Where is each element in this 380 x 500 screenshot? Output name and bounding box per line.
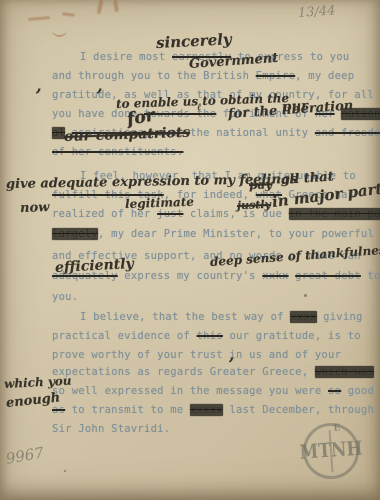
- handwritten-annotation: legitimate: [125, 195, 194, 211]
- stamp-monogram: ΜΤΝΗ: [299, 439, 363, 463]
- handwritten-annotation: pay: [249, 177, 273, 192]
- handwritten-annotation: deep sense of thankfulness: [210, 242, 380, 269]
- handwritten-annotation: efficiently: [55, 256, 134, 276]
- handwritten-annotation: Government: [188, 51, 278, 72]
- pencil-notation: 13/44: [297, 3, 335, 21]
- handwritten-annotation: ,: [36, 76, 42, 95]
- pencil-notation: 9967: [4, 444, 45, 468]
- handwritten-annotation: ,: [97, 76, 103, 95]
- handwritten-annotation: enough: [5, 390, 61, 411]
- handwritten-annotation: sincerely: [156, 30, 232, 52]
- handwritten-annotation: our compatriots: [64, 125, 191, 145]
- handwritten-annotation: which you: [4, 373, 72, 391]
- handwritten-annotation: justly: [237, 198, 271, 212]
- scanned-letter-page: I desire most earnestly to express to yo…: [0, 0, 380, 500]
- stamp-top-letter: Ε: [333, 423, 341, 433]
- handwritten-annotation: ,: [229, 346, 234, 364]
- handwritten-annotation: now: [20, 200, 50, 216]
- handwritten-annotation: ℓ: [197, 102, 201, 113]
